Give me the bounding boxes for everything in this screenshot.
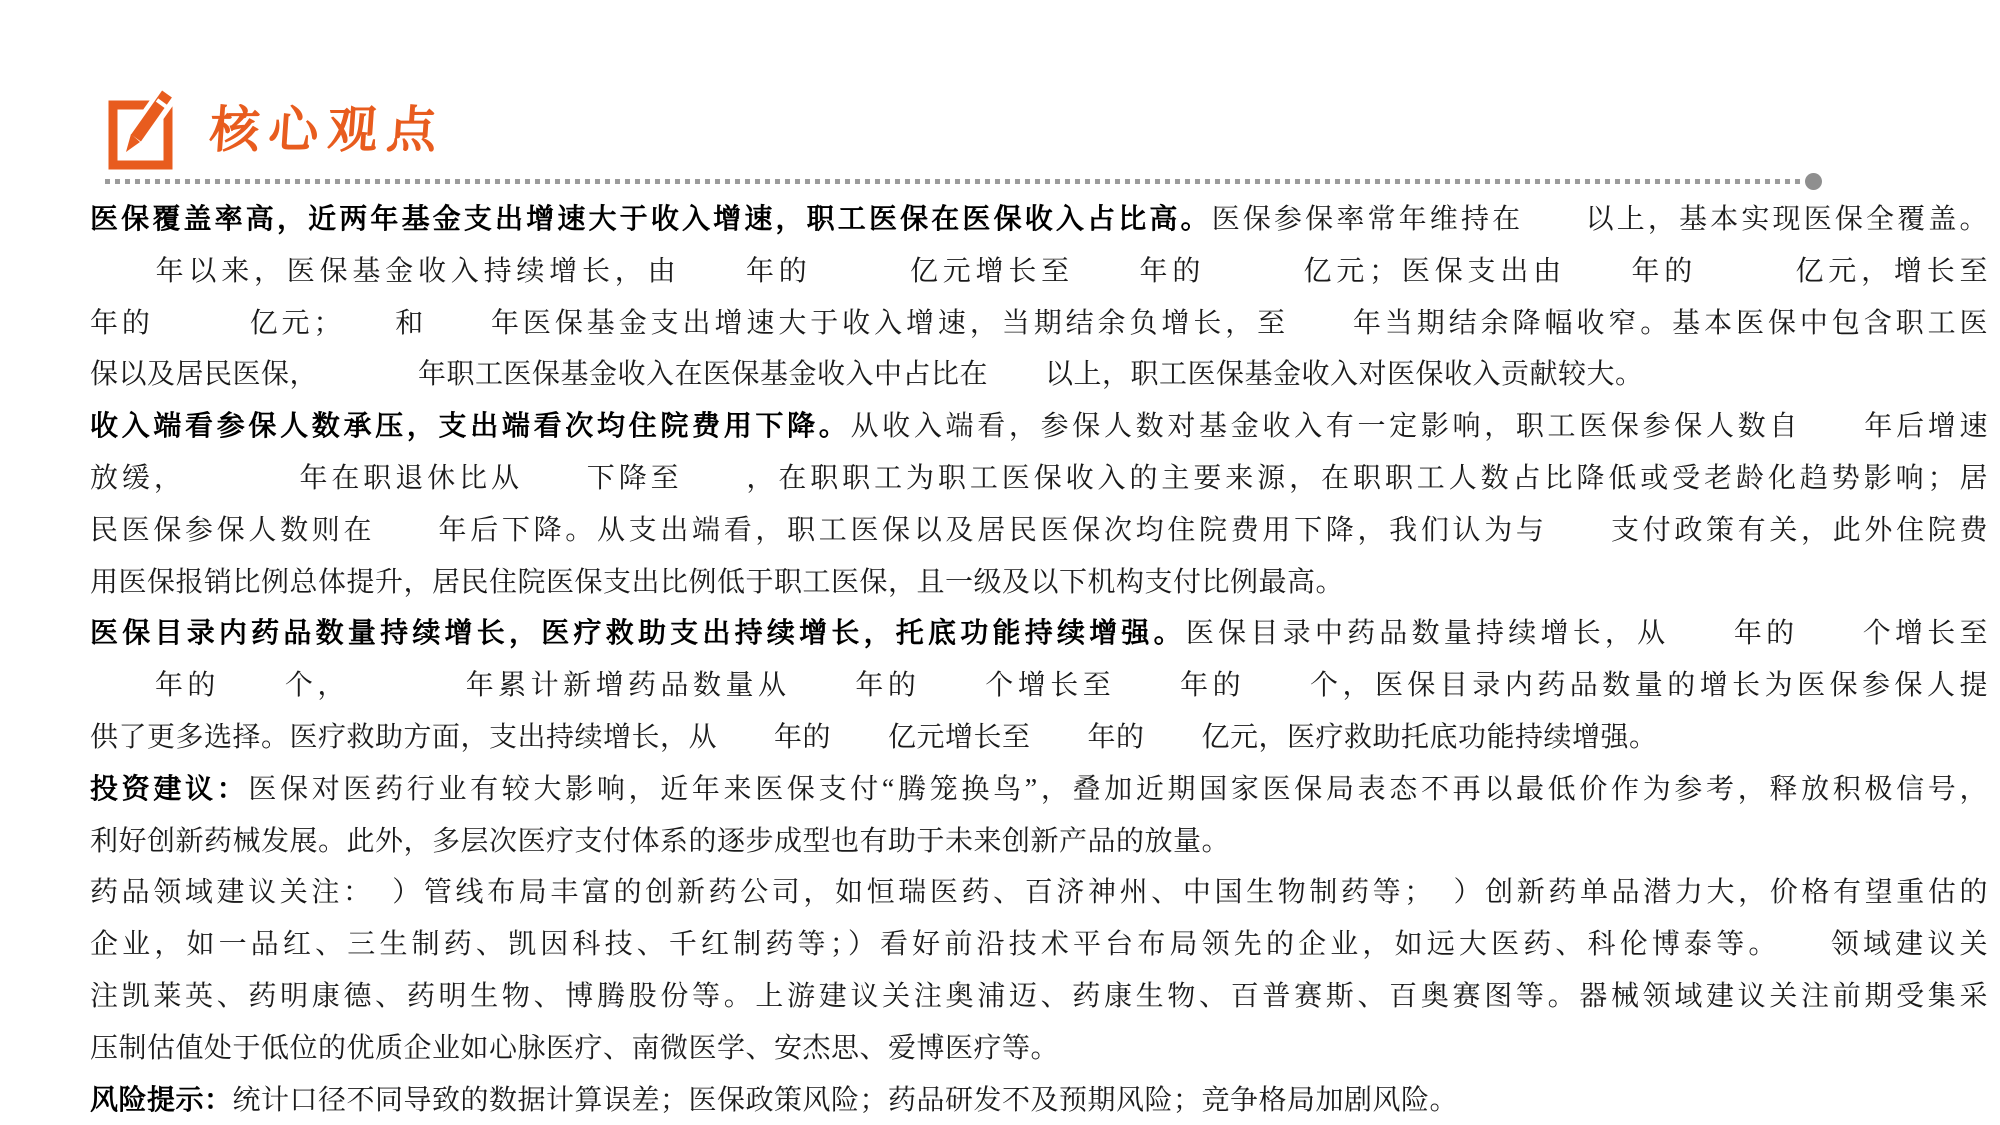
pencil-edit-icon [108,88,176,172]
text-line: 医保覆盖率高，近两年基金支出增速大于收入增速，职工医保在医保收入占比高。医保参保… [90,194,1988,246]
body-text: 药品领域建议关注： ）管线布局丰富的创新药公司，如恒瑞医药、百济神州、中国生物制… [90,877,1988,908]
text-line: 投资建议：医保对医药行业有较大影响，近年来医保支付“腾笼换鸟”，叠加近期国家医保… [90,764,1988,816]
text-line: 民医保参保人数则在 年后下降。从支出端看，职工医保以及居民医保次均住院费用下降，… [90,505,1988,557]
dotted-divider [105,179,1805,184]
body-text: 利好创新药械发展。此外，多层次医疗支付体系的逐步成型也有助于未来创新产品的放量。 [90,826,1230,857]
bold-lead-text: 医保覆盖率高，近两年基金支出增速大于收入增速，职工医保在医保收入占比高。 [90,204,1212,235]
bold-lead-text: 收入端看参保人数承压，支出端看次均住院费用下降。 [90,411,850,442]
text-line: 利好创新药械发展。此外，多层次医疗支付体系的逐步成型也有助于未来创新产品的放量。 [90,816,1988,868]
body-text: 民医保参保人数则在 年后下降。从支出端看，职工医保以及居民医保次均住院费用下降，… [90,515,1988,546]
document-body: 医保覆盖率高，近两年基金支出增速大于收入增速，职工医保在医保收入占比高。医保参保… [90,194,1988,1125]
body-text: 企业，如一品红、三生制药、凯因科技、千红制药等；）看好前沿技术平台布局领先的企业… [90,929,1988,960]
text-line: 年的 亿元； 和 年医保基金支出增速大于收入增速，当期结余负增长，至 年当期结余… [90,298,1988,350]
section-title: 核心观点 [207,90,448,162]
text-line: 药品领域建议关注： ）管线布局丰富的创新药公司，如恒瑞医药、百济神州、中国生物制… [90,867,1988,919]
text-line: 年以来，医保基金收入持续增长，由 年的 亿元增长至 年的 亿元；医保支出由 年的… [90,246,1988,298]
body-text: 年的 亿元； 和 年医保基金支出增速大于收入增速，当期结余负增长，至 年当期结余… [90,308,1988,339]
body-text: 注凯莱英、药明康德、药明生物、博腾股份等。上游建议关注奥浦迈、药康生物、百普赛斯… [90,981,1988,1012]
text-line: 风险提示：统计口径不同导致的数据计算误差；医保政策风险；药品研发不及预期风险；竞… [90,1075,1988,1125]
divider-end-dot [1805,173,1822,190]
text-line: 压制估值处于低位的优质企业如心脉医疗、南微医学、安杰思、爱博医疗等。 [90,1023,1988,1075]
body-text: 医保对医药行业有较大影响，近年来医保支付“腾笼换鸟”，叠加近期国家医保局表态不再… [248,774,1988,805]
body-text: 统计口径不同导致的数据计算误差；医保政策风险；药品研发不及预期风险；竞争格局加剧… [233,1085,1459,1116]
body-text: 医保目录中药品数量持续增长，从 年的 个增长至 [1186,618,1988,649]
body-text: 放缓， 年在职退休比从 下降至 ，在职职工为职工医保收入的主要来源，在职职工人数… [90,463,1988,494]
bold-lead-text: 医保目录内药品数量持续增长，医疗救助支出持续增长，托底功能持续增强。 [90,618,1186,649]
bold-lead-text: 风险提示： [90,1085,233,1116]
body-text: 医保参保率常年维持在 以上，基本实现医保全覆盖。 [1212,204,1988,235]
page-root: { "colors": { "accent": "#E85C1E", "divi… [0,0,2000,1125]
text-line: 企业，如一品红、三生制药、凯因科技、千红制药等；）看好前沿技术平台布局领先的企业… [90,919,1988,971]
text-line: 收入端看参保人数承压，支出端看次均住院费用下降。从收入端看，参保人数对基金收入有… [90,401,1988,453]
text-line: 医保目录内药品数量持续增长，医疗救助支出持续增长，托底功能持续增强。医保目录中药… [90,608,1988,660]
bold-lead-text: 投资建议： [90,774,248,805]
body-text: 年以来，医保基金收入持续增长，由 年的 亿元增长至 年的 亿元；医保支出由 年的… [90,256,1988,287]
header: 核心观点 [108,88,446,172]
text-line: 年的 个， 年累计新增药品数量从 年的 个增长至 年的 个，医保目录内药品数量的… [90,660,1988,712]
body-text: 压制估值处于低位的优质企业如心脉医疗、南微医学、安杰思、爱博医疗等。 [90,1033,1059,1064]
text-line: 供了更多选择。医疗救助方面，支出持续增长，从 年的 亿元增长至 年的 亿元，医疗… [90,712,1988,764]
body-text: 用医保报销比例总体提升，居民住院医保支出比例低于职工医保，且一级及以下机构支付比… [90,567,1344,598]
body-text: 供了更多选择。医疗救助方面，支出持续增长，从 年的 亿元增长至 年的 亿元，医疗… [90,722,1658,753]
text-line: 放缓， 年在职退休比从 下降至 ，在职职工为职工医保收入的主要来源，在职职工人数… [90,453,1988,505]
text-line: 用医保报销比例总体提升，居民住院医保支出比例低于职工医保，且一级及以下机构支付比… [90,557,1988,609]
text-line: 注凯莱英、药明康德、药明生物、博腾股份等。上游建议关注奥浦迈、药康生物、百普赛斯… [90,971,1988,1023]
body-text: 保以及居民医保， 年职工医保基金收入在医保基金收入中占比在 以上，职工医保基金收… [90,359,1644,390]
body-text: 从收入端看，参保人数对基金收入有一定影响，职工医保参保人数自 年后增速 [850,411,1988,442]
body-text: 年的 个， 年累计新增药品数量从 年的 个增长至 年的 个，医保目录内药品数量的… [90,670,1988,701]
text-line: 保以及居民医保， 年职工医保基金收入在医保基金收入中占比在 以上，职工医保基金收… [90,349,1988,401]
